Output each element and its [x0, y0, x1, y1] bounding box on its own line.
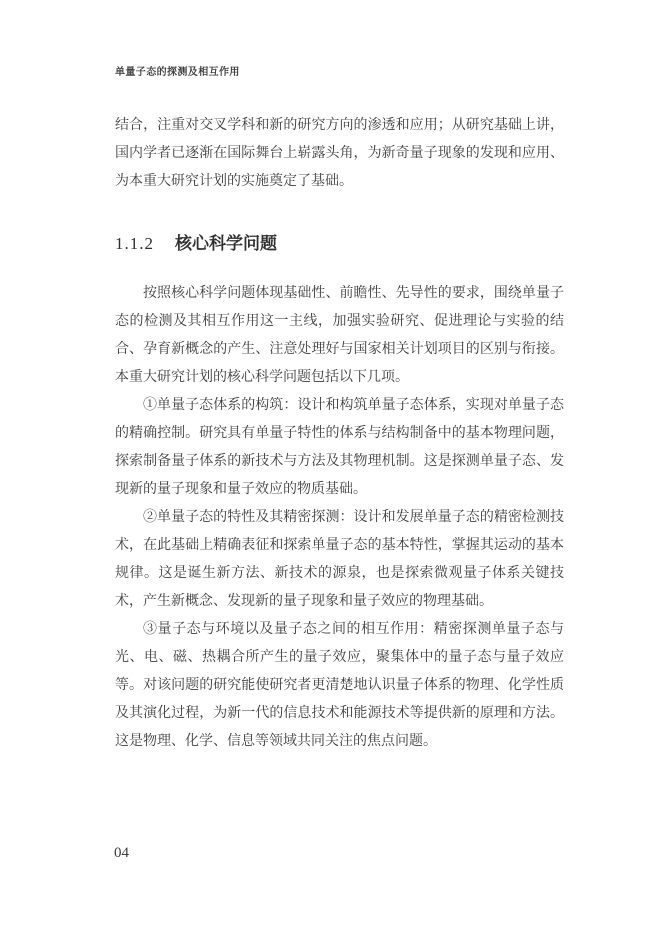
running-header-title: 单量子态的探测及相互作用 [115, 66, 240, 80]
paragraph-item-2: ②单量子态的特性及其精密探测：设计和发展单量子态的精密检测技术，在此基础上精确表… [115, 504, 564, 616]
page-body: 结合，注重对交叉学科和新的研究方向的渗透和应用；从研究基础上讲，国内学者已逐渐在… [115, 112, 564, 756]
paragraph-item-3: ③量子态与环境以及量子态之间的相互作用：精密探测单量子态与光、电、磁、热耦合所产… [115, 616, 564, 756]
paragraph-item-1: ①单量子态体系的构筑：设计和构筑单量子态体系，实现对单量子态的精确控制。研究具有… [115, 392, 564, 504]
document-page: 单量子态的探测及相互作用 结合，注重对交叉学科和新的研究方向的渗透和应用；从研究… [0, 0, 666, 930]
paragraph-overview: 按照核心科学问题体现基础性、前瞻性、先导性的要求，围绕单量子态的检测及其相互作用… [115, 280, 564, 392]
page-number: 04 [114, 845, 129, 862]
section-number: 1.1.2 [115, 234, 154, 253]
paragraph-continuation: 结合，注重对交叉学科和新的研究方向的渗透和应用；从研究基础上讲，国内学者已逐渐在… [115, 112, 564, 196]
section-heading: 1.1.2核心科学问题 [115, 232, 564, 256]
section-title: 核心科学问题 [175, 234, 277, 253]
